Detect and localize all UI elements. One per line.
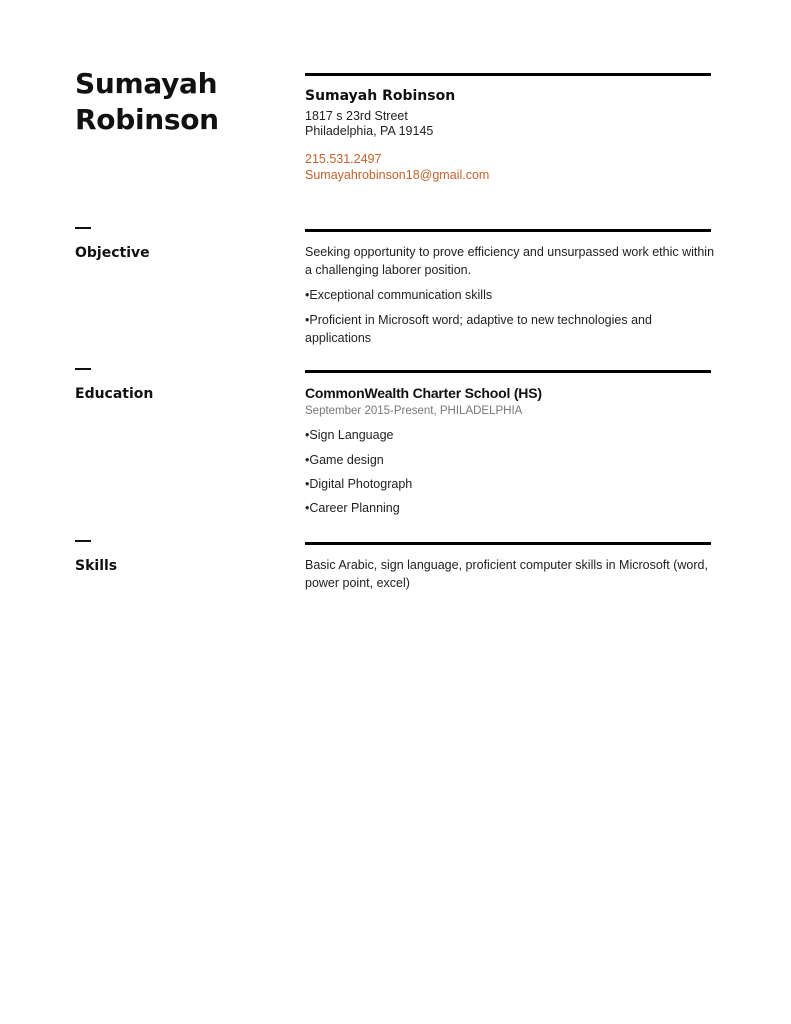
course-item: •Game design <box>305 452 715 470</box>
resume-page: Sumayah Robinson Sumayah Robinson 1817 s… <box>0 0 791 1024</box>
objective-bullet: •Proficient in Microsoft word; adaptive … <box>305 312 715 347</box>
education-dash <box>75 368 91 370</box>
school-dates: September 2015-Present, PHILADELPHIA <box>305 405 522 417</box>
name-first: Sumayah <box>75 66 219 102</box>
objective-bullet: •Exceptional communication skills <box>305 287 715 305</box>
contact-street: 1817 s 23rd Street <box>305 109 408 123</box>
objective-summary: Seeking opportunity to prove efficiency … <box>305 244 715 279</box>
contact-name: Sumayah Robinson <box>305 88 455 104</box>
school-name: CommonWealth Charter School (HS) <box>305 385 542 401</box>
skills-title: Skills <box>75 558 117 574</box>
education-divider <box>305 370 711 373</box>
course-item: •Sign Language <box>305 427 715 445</box>
education-title: Education <box>75 386 153 402</box>
resume-name-heading: Sumayah Robinson <box>75 66 219 138</box>
contact-divider <box>305 73 711 76</box>
course-item: •Digital Photograph <box>305 476 715 494</box>
skills-text: Basic Arabic, sign language, proficient … <box>305 557 715 592</box>
skills-dash <box>75 540 91 542</box>
objective-dash <box>75 227 91 229</box>
course-item: •Career Planning <box>305 500 715 518</box>
contact-city: Philadelphia, PA 19145 <box>305 124 433 138</box>
contact-phone[interactable]: 215.531.2497 <box>305 152 381 166</box>
contact-email[interactable]: Sumayahrobinson18@gmail.com <box>305 168 489 182</box>
skills-divider <box>305 542 711 545</box>
objective-title: Objective <box>75 245 150 261</box>
objective-divider <box>305 229 711 232</box>
name-last: Robinson <box>75 102 219 138</box>
